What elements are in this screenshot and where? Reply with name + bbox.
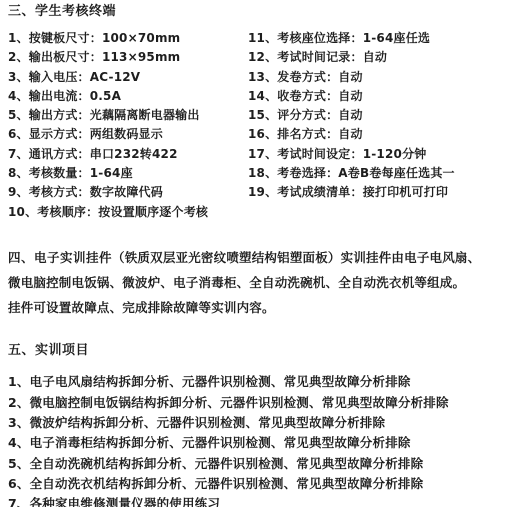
spec-item-2: 2、输出板尺寸：113×95mm — [8, 48, 248, 67]
section4-heading: 四、电子实训挂件 — [8, 250, 112, 265]
training-item-7: 7、各种家电维修测量仪器的使用练习 — [8, 494, 508, 507]
training-item-6: 6、全自动洗衣机结构拆卸分析、元器件识别检测、常见典型故障分析排除 — [8, 474, 508, 494]
document-page: 三、学生考核终端 1、按键板尺寸：100×70mm 2、输出板尺寸：113×95… — [0, 0, 508, 507]
section4-line-3: 挂件可设置故障点、完成排除故障等实训内容。 — [8, 296, 508, 321]
spec-item-8: 8、考核数量：1-64座 — [8, 164, 248, 183]
spec-item-4: 4、输出电流：0.5A — [8, 87, 248, 106]
spec-item-10: 10、考核顺序：按设置顺序逐个考核 — [8, 203, 248, 222]
spec-item-17: 17、考试时间设定：1-120分钟 — [248, 145, 508, 164]
spec-item-16: 16、排名方式：自动 — [248, 125, 508, 144]
spec-item-19: 19、考试成绩清单：接打印机可打印 — [248, 183, 508, 202]
spec-item-15: 15、评分方式：自动 — [248, 106, 508, 125]
spec-column-right: 11、考核座位选择：1-64座任选 12、考试时间记录：自动 13、发卷方式：自… — [248, 29, 508, 222]
spec-item-7: 7、通讯方式：串口232转422 — [8, 145, 248, 164]
spec-item-1: 1、按键板尺寸：100×70mm — [8, 29, 248, 48]
training-item-5: 5、全自动洗碗机结构拆卸分析、元器件识别检测、常见典型故障分析排除 — [8, 454, 508, 474]
spec-item-3: 3、输入电压：AC-12V — [8, 68, 248, 87]
section4-line-2: 微电脑控制电饭锅、微波炉、电子消毒柜、全自动洗碗机、全自动洗衣机等组成。 — [8, 271, 508, 296]
spec-item-11: 11、考核座位选择：1-64座任选 — [248, 29, 508, 48]
spec-item-6: 6、显示方式：两组数码显示 — [8, 125, 248, 144]
spec-item-9: 9、考核方式：数字故障代码 — [8, 183, 248, 202]
section4-paragraph: 四、电子实训挂件（铁质双层亚光密纹喷塑结构铝塑面板）实训挂件由电子电风扇、 微电… — [8, 246, 508, 320]
spec-item-18: 18、考卷选择：A卷B卷每座任选其一 — [248, 164, 508, 183]
section3-spec-columns: 1、按键板尺寸：100×70mm 2、输出板尺寸：113×95mm 3、输入电压… — [8, 29, 508, 222]
section3-heading: 三、学生考核终端 — [8, 4, 508, 19]
training-item-3: 3、微波炉结构拆卸分析、元器件识别检测、常见典型故障分析排除 — [8, 413, 508, 433]
section4-line-1-text: （铁质双层亚光密纹喷塑结构铝塑面板）实训挂件由电子电风扇、 — [112, 250, 480, 265]
training-item-2: 2、微电脑控制电饭锅结构拆卸分析、元器件识别检测、常见典型故障分析排除 — [8, 393, 508, 413]
training-item-4: 4、电子消毒柜结构拆卸分析、元器件识别检测、常见典型故障分析排除 — [8, 433, 508, 453]
spec-column-left: 1、按键板尺寸：100×70mm 2、输出板尺寸：113×95mm 3、输入电压… — [8, 29, 248, 222]
spec-item-12: 12、考试时间记录：自动 — [248, 48, 508, 67]
training-item-1: 1、电子电风扇结构拆卸分析、元器件识别检测、常见典型故障分析排除 — [8, 372, 508, 392]
section4-line-1: 四、电子实训挂件（铁质双层亚光密纹喷塑结构铝塑面板）实训挂件由电子电风扇、 — [8, 246, 508, 271]
section5-list: 1、电子电风扇结构拆卸分析、元器件识别检测、常见典型故障分析排除 2、微电脑控制… — [8, 372, 508, 507]
spec-item-14: 14、收卷方式：自动 — [248, 87, 508, 106]
spec-item-13: 13、发卷方式：自动 — [248, 68, 508, 87]
section5-heading: 五、实训项目 — [8, 343, 508, 358]
spec-item-5: 5、输出方式：光藕隔离断电器输出 — [8, 106, 248, 125]
